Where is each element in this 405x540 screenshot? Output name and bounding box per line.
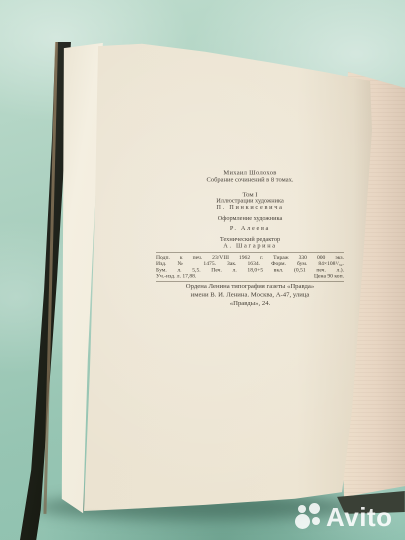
series-line: Собрание сочинений в 8 томах. xyxy=(148,176,352,184)
printer-line-2: имени В. И. Ленина. Москва, А-47, улица xyxy=(148,290,352,299)
imprint-edition-volume: Уч.-изд. л. 17,88. xyxy=(156,273,196,279)
avito-watermark: Avito xyxy=(295,503,393,531)
avito-logo-icon xyxy=(295,503,323,531)
imprint-box: Подп. к печ. 23/VIII 1962 г. Тираж 330 0… xyxy=(156,252,344,282)
tech-editor-name: А. Шагарина xyxy=(148,242,352,250)
imprint-price: Цена 90 коп. xyxy=(314,273,344,279)
illustrator-name: П. Пинкисевича xyxy=(148,204,352,212)
printer-block: Ордена Ленина типография газеты «Правда»… xyxy=(148,282,352,308)
book-photo: Михаил Шолохов Собрание сочинений в 8 то… xyxy=(0,0,405,540)
printer-line-1: Ордена Ленина типография газеты «Правда» xyxy=(148,282,352,291)
imprint-line-2: Изд. № 1475. Зак. 1634. Форм. бум. 84×10… xyxy=(156,261,344,267)
avito-wordmark: Avito xyxy=(326,503,393,531)
printer-line-3: «Правды», 24. xyxy=(148,299,352,308)
design-label: Оформление художника xyxy=(148,215,352,223)
designer-name: Р. Алеева xyxy=(148,225,352,233)
colophon-text: Михаил Шолохов Собрание сочинений в 8 то… xyxy=(148,0,352,540)
imprint-line-4: Уч.-изд. л. 17,88. Цена 90 коп. xyxy=(156,273,344,279)
